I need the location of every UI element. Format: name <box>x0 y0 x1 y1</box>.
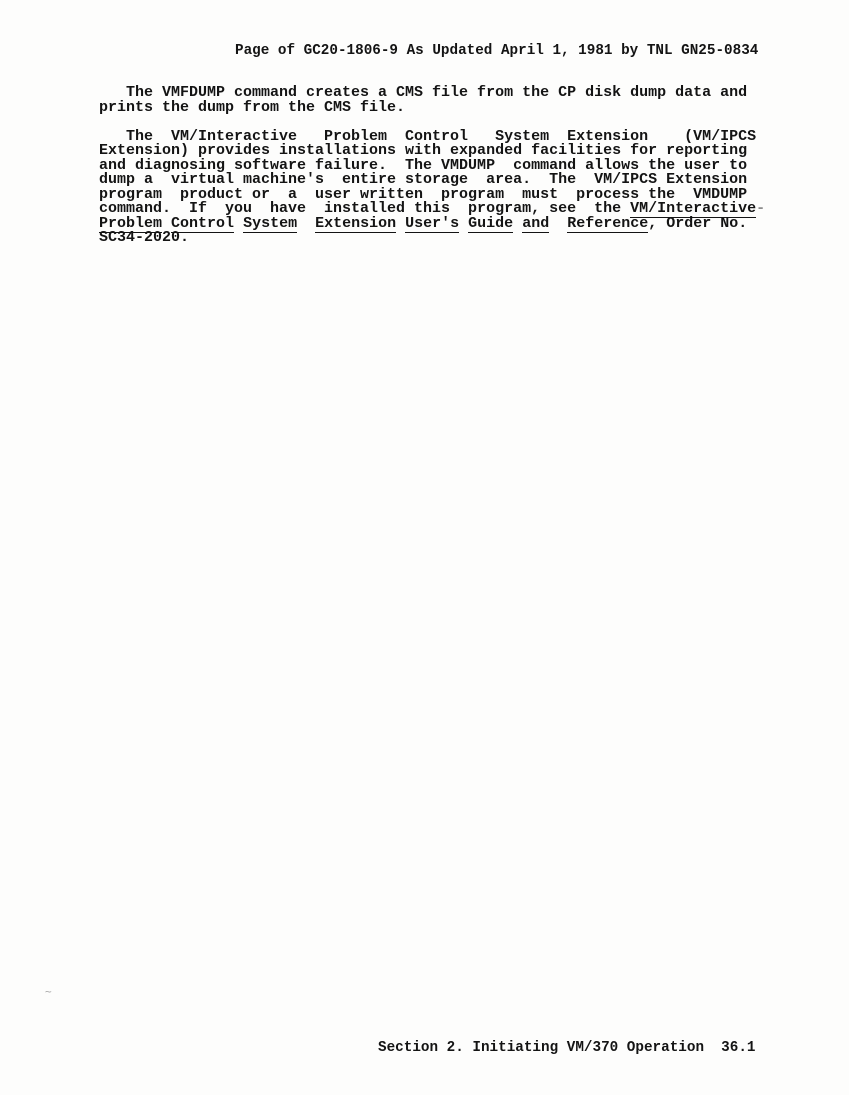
text-segment <box>396 215 405 232</box>
page-footer: Section 2. Initiating VM/370 Operation 3… <box>378 1041 756 1056</box>
underlined-text: and <box>522 215 549 233</box>
text-line: Problem Control System Extension User's … <box>99 217 779 232</box>
text-segment: , Order No. <box>648 215 747 232</box>
text-line: prints the dump from the CMS file. <box>99 101 779 116</box>
text-segment <box>234 215 243 232</box>
paragraph-1: The VMFDUMP command creates a CMS file f… <box>99 86 779 115</box>
document-body: The VMFDUMP command creates a CMS file f… <box>99 86 779 246</box>
text-segment <box>459 215 468 232</box>
scanned-manual-page: { "page": { "header": { "text": "Page of… <box>0 0 849 1095</box>
paragraph-2: The VM/Interactive Problem Control Syste… <box>99 130 779 246</box>
text-segment <box>513 215 522 232</box>
underlined-text: Extension <box>315 215 396 233</box>
underlined-text: System <box>243 215 297 233</box>
page-header: Page of GC20-1806-9 As Updated April 1, … <box>235 44 758 59</box>
underlined-text: Guide <box>468 215 513 233</box>
underlined-text: User's <box>405 215 459 233</box>
scan-artifact-mark: ~ <box>45 985 52 998</box>
text-line: SC34-2020. <box>99 231 779 246</box>
underlined-text: Reference <box>567 215 648 233</box>
text-segment: SC34-2020. <box>99 229 189 246</box>
text-segment: - <box>756 200 765 217</box>
text-segment <box>549 215 567 232</box>
text-segment: prints the dump from the CMS file. <box>99 99 405 116</box>
text-segment <box>297 215 315 232</box>
